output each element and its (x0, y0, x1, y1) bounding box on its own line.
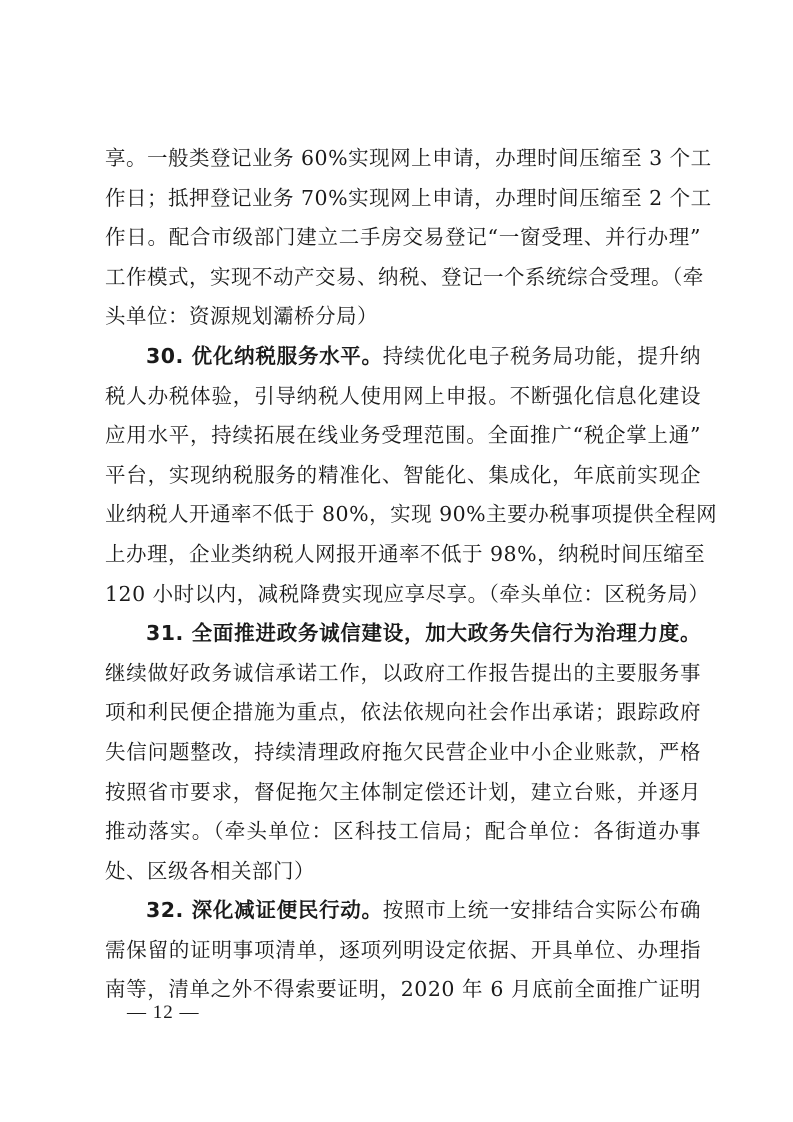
text-line: 失信问题整改，持续清理政府拖欠民营企业中小企业账款，严格 (105, 733, 701, 773)
item-heading: 30. 优化纳税服务水平。 (146, 344, 383, 368)
text-line: 作日。配合市级部门建立二手房交易登记“一窗受理、并行办理” (105, 218, 701, 258)
text-line: 推动落实。（牵头单位：区科技工信局；配合单位：各街道办事 (105, 812, 701, 852)
page-number: — 12 — (127, 1002, 200, 1024)
paragraph-item-32: 32. 深化减证便民行动。按照市上统一安排结合实际公布确 需保留的证明事项清单，… (105, 891, 701, 1010)
paragraph-item-30: 30. 优化纳税服务水平。持续优化电子税务局功能，提升纳 税人办税体验，引导纳税… (105, 337, 701, 614)
text-line: 上办理，企业类纳税人网报开通率不低于 98%，纳税时间压缩至 (105, 535, 701, 575)
item-heading: 32. 深化减证便民行动。 (146, 898, 383, 922)
text-line: 项和利民便企措施为重点，依法依规向社会作出承诺；跟踪政府 (105, 693, 701, 733)
text-line: 30. 优化纳税服务水平。持续优化电子税务局功能，提升纳 (105, 337, 701, 377)
document-body: 享。一般类登记业务 60%实现网上申请，办理时间压缩至 3 个工 作日；抵押登记… (105, 139, 701, 1010)
text-line: 平台，实现纳税服务的精准化、智能化、集成化，年底前实现企 (105, 456, 701, 496)
document-page: 享。一般类登记业务 60%实现网上申请，办理时间压缩至 3 个工 作日；抵押登记… (0, 0, 793, 1122)
text-line: 应用水平，持续拓展在线业务受理范围。全面推广“税企掌上通” (105, 416, 701, 456)
paragraph-continuation: 享。一般类登记业务 60%实现网上申请，办理时间压缩至 3 个工 作日；抵押登记… (105, 139, 701, 337)
text-line: 需保留的证明事项清单，逐项列明设定依据、开具单位、办理指 (105, 931, 701, 971)
text-line: 处、区级各相关部门） (105, 852, 701, 892)
text-line: 业纳税人开通率不低于 80%，实现 90%主要办税事项提供全程网 (105, 495, 701, 535)
text-line: 税人办税体验，引导纳税人使用网上申报。不断强化信息化建设 (105, 377, 701, 417)
text-line: 32. 深化减证便民行动。按照市上统一安排结合实际公布确 (105, 891, 701, 931)
text-line: 120 小时以内，减税降费实现应享尽享。（牵头单位：区税务局） (105, 575, 701, 615)
item-text: 持续优化电子税务局功能，提升纳 (383, 344, 701, 368)
text-line: 享。一般类登记业务 60%实现网上申请，办理时间压缩至 3 个工 (105, 139, 701, 179)
item-text: 按照市上统一安排结合实际公布确 (383, 898, 701, 922)
paragraph-item-31: 31. 全面推进政务诚信建设，加大政务失信行为治理力度。 继续做好政务诚信承诺工… (105, 614, 701, 891)
item-heading: 31. 全面推进政务诚信建设，加大政务失信行为治理力度。 (146, 621, 701, 645)
text-line: 头单位：资源规划灞桥分局） (105, 297, 701, 337)
text-line: 工作模式，实现不动产交易、纳税、登记一个系统综合受理。（牵 (105, 258, 701, 298)
text-line: 31. 全面推进政务诚信建设，加大政务失信行为治理力度。 (105, 614, 701, 654)
text-line: 作日；抵押登记业务 70%实现网上申请，办理时间压缩至 2 个工 (105, 179, 701, 219)
text-line: 按照省市要求，督促拖欠主体制定偿还计划，建立台账，并逐月 (105, 773, 701, 813)
text-line: 继续做好政务诚信承诺工作，以政府工作报告提出的主要服务事 (105, 654, 701, 694)
